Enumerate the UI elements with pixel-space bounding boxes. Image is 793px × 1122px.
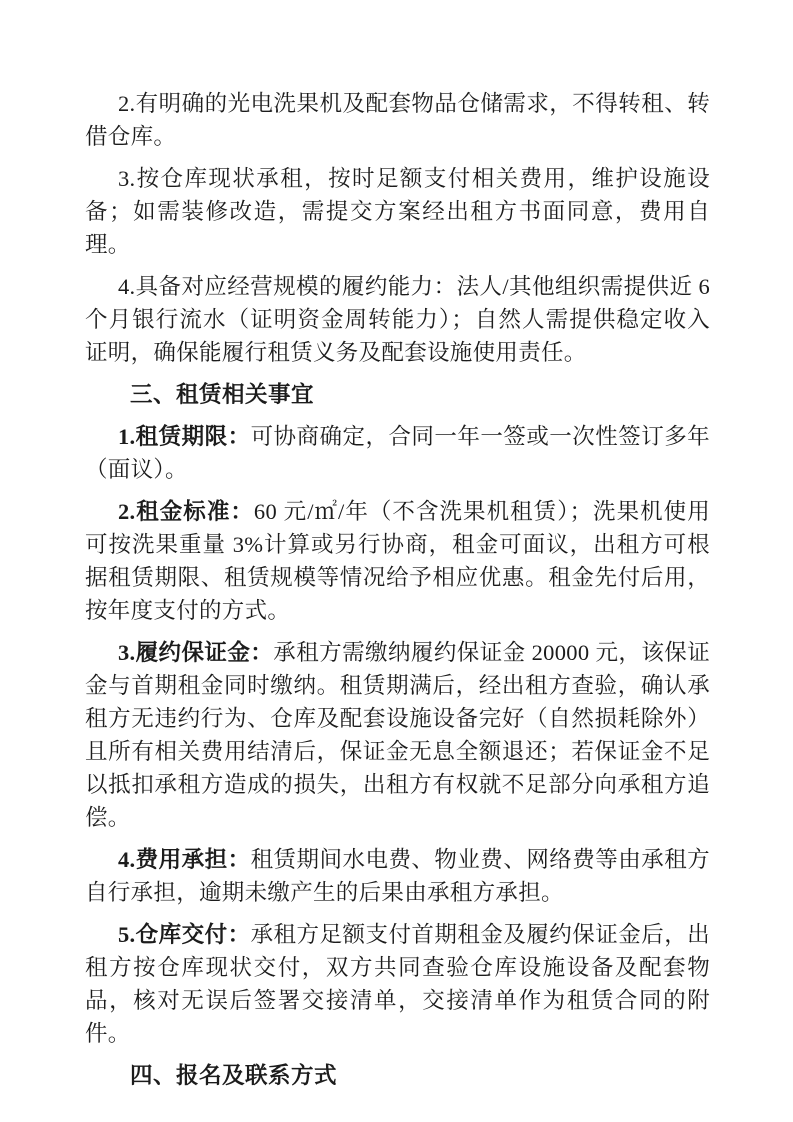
term-lease-period-label: 1.租赁期限： xyxy=(118,424,251,449)
term-performance-deposit-text: 承租方需缴纳履约保证金 20000 元，该保证金与首期租金同时缴纳。租赁期满后，… xyxy=(85,640,710,830)
term-fee-responsibility: 4.费用承担：租赁期间水电费、物业费、网络费等由承租方自行承担，逾期未缴产生的后… xyxy=(85,843,710,909)
term-performance-deposit: 3.履约保证金：承租方需缴纳履约保证金 20000 元，该保证金与首期租金同时缴… xyxy=(85,636,710,834)
document-page: 2.有明确的光电洗果机及配套物品仓储需求，不得转租、转借仓库。 3.按仓库现状承… xyxy=(0,0,793,1122)
clause-storage-demand: 2.有明确的光电洗果机及配套物品仓储需求，不得转租、转借仓库。 xyxy=(85,87,710,153)
term-fee-responsibility-label: 4.费用承担： xyxy=(118,847,251,872)
term-warehouse-handover: 5.仓库交付：承租方足额支付首期租金及履约保证金后，出租方按仓库现状交付，双方共… xyxy=(85,918,710,1050)
section-heading-lease-matters: 三、租赁相关事宜 xyxy=(85,378,710,411)
term-performance-deposit-label: 3.履约保证金： xyxy=(118,640,273,665)
clause-performance-capability: 4.具备对应经营规模的履约能力：法人/其他组织需提供近 6 个月银行流水（证明资… xyxy=(85,270,710,369)
term-lease-period: 1.租赁期限：可协商确定，合同一年一签或一次性签订多年（面议）。 xyxy=(85,420,710,486)
section-heading-registration-contact: 四、报名及联系方式 xyxy=(85,1059,710,1092)
term-rent-standard-label: 2.租金标准： xyxy=(118,499,254,524)
term-rent-standard: 2.租金标准：60 元/㎡/年（不含洗果机租赁）；洗果机使用可按洗果重量 3%计… xyxy=(85,495,710,627)
clause-rent-as-is: 3.按仓库现状承租，按时足额支付相关费用，维护设施设备；如需装修改造，需提交方案… xyxy=(85,162,710,261)
term-warehouse-handover-label: 5.仓库交付： xyxy=(118,922,251,947)
document-content: 2.有明确的光电洗果机及配套物品仓储需求，不得转租、转借仓库。 3.按仓库现状承… xyxy=(85,87,710,1101)
